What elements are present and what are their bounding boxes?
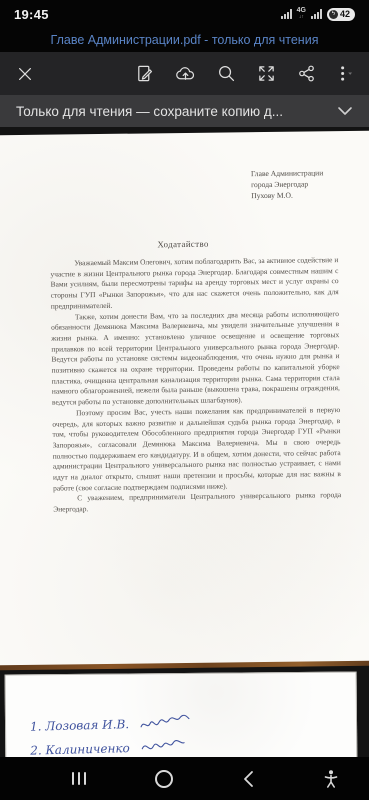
edit-sign-button[interactable] xyxy=(131,60,158,87)
share-icon xyxy=(297,64,316,83)
clock: 19:45 xyxy=(14,7,49,22)
paragraph: С уважением, предприниматели Центральног… xyxy=(53,491,341,516)
back-button[interactable] xyxy=(232,764,264,794)
cloud-upload-icon xyxy=(175,64,196,83)
document-heading: Ходатайство xyxy=(0,237,369,252)
close-button[interactable] xyxy=(12,61,38,87)
recents-icon xyxy=(72,772,86,785)
overflow-menu-icon xyxy=(337,64,353,83)
back-icon xyxy=(242,770,254,788)
recipient-line: города Энергодар xyxy=(251,178,323,190)
document-page-1[interactable]: Главе Администрации города Энергодар Пух… xyxy=(0,131,369,670)
signature-row: 1. Лозовая И.В. xyxy=(30,715,191,735)
paragraph: Поэтому просим Вас, учесть наши пожелани… xyxy=(52,405,341,494)
search-icon xyxy=(217,64,236,83)
signature-text: 2. Калиниченко xyxy=(30,741,130,757)
chevron-down-icon xyxy=(337,106,353,116)
fullscreen-icon xyxy=(257,64,276,83)
document-body: Уважаемый Максим Олегович, хотим поблаго… xyxy=(50,255,341,515)
recipient-line: Пухову М.О. xyxy=(251,189,323,201)
document-page-2[interactable]: 1. Лозовая И.В. 2. Калиниченко xyxy=(5,671,358,757)
network-type-icon: 4G↓↑ xyxy=(297,8,306,20)
accessibility-person-icon xyxy=(323,769,339,788)
recents-button[interactable] xyxy=(62,766,96,791)
signature-row: 2. Калиниченко xyxy=(30,739,186,757)
signal-strength-icon-2 xyxy=(311,9,322,19)
fullscreen-button[interactable] xyxy=(253,60,280,87)
readonly-banner[interactable]: Только для чтения — сохраните копию д... xyxy=(0,95,369,127)
edit-sign-icon xyxy=(135,64,154,83)
signature-text: 1. Лозовая И.В. xyxy=(30,717,129,734)
signature-stroke xyxy=(139,715,191,732)
recipient-block: Главе Администрации города Энергодар Пух… xyxy=(251,167,324,201)
page-1-content: Главе Администрации города Энергодар Пух… xyxy=(0,131,369,670)
recipient-line: Главе Администрации xyxy=(251,167,323,179)
battery-charging-icon: ϟ xyxy=(329,10,338,19)
battery-indicator: ϟ 42 xyxy=(327,8,355,21)
paragraph: Также, хотим донести Вам, что за последн… xyxy=(51,309,340,409)
signal-strength-icon xyxy=(281,9,292,19)
pdf-toolbar xyxy=(0,52,369,95)
toolbar-actions xyxy=(131,60,357,87)
overflow-menu-button[interactable] xyxy=(333,60,357,87)
home-button[interactable] xyxy=(145,764,183,794)
share-button[interactable] xyxy=(293,60,320,87)
cloud-upload-button[interactable] xyxy=(171,60,200,87)
readonly-banner-text: Только для чтения — сохраните копию д... xyxy=(16,104,283,119)
paragraph: Уважаемый Максим Олегович, хотим поблаго… xyxy=(50,255,339,312)
status-bar: 19:45 4G↓↑ ϟ 42 xyxy=(0,0,369,28)
accessibility-button[interactable] xyxy=(313,763,349,794)
phone-screen: 19:45 4G↓↑ ϟ 42 Главе Администрации.pdf … xyxy=(0,0,369,800)
navigation-bar xyxy=(0,757,369,800)
signature-stroke xyxy=(140,739,186,756)
pdf-viewport[interactable]: Главе Администрации города Энергодар Пух… xyxy=(0,127,369,757)
close-icon xyxy=(16,65,34,83)
home-icon xyxy=(155,770,173,788)
search-button[interactable] xyxy=(213,60,240,87)
document-title-link[interactable]: Главе Администрации.pdf - только для чте… xyxy=(51,33,319,47)
status-icons: 4G↓↑ ϟ 42 xyxy=(281,8,355,21)
notification-row: Главе Администрации.pdf - только для чте… xyxy=(0,28,369,52)
